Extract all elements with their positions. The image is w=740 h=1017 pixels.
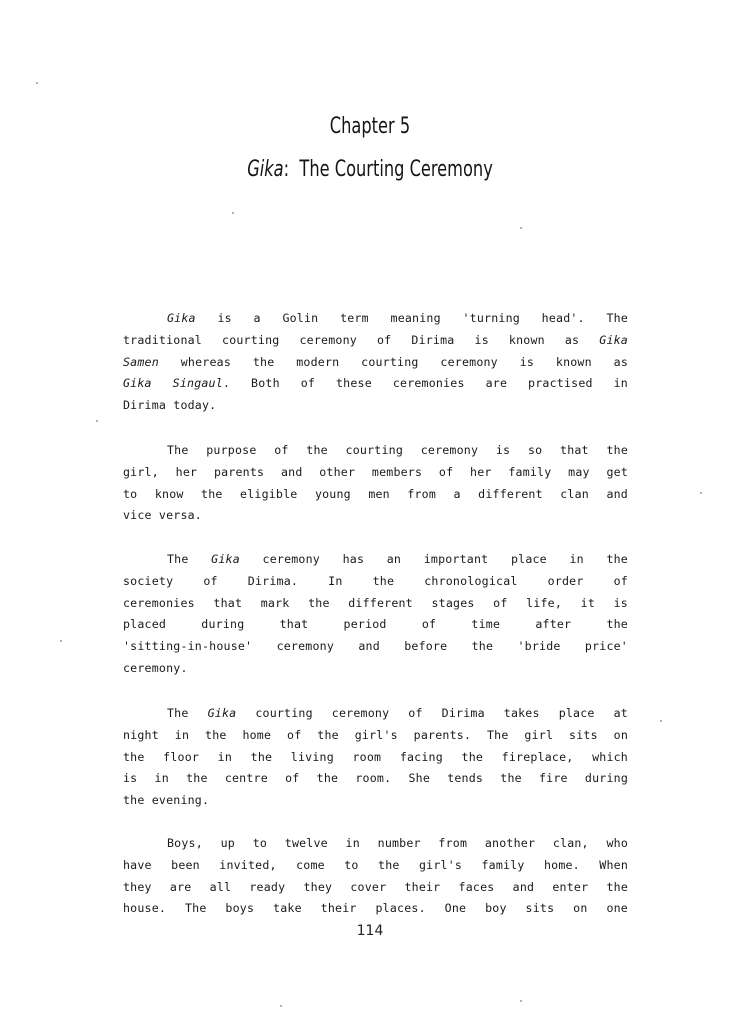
text-run: they are all ready they cover their face… [123,880,628,894]
text-run: ceremonies that mark the different stage… [123,596,628,610]
text-run: society of Dirima. In the chronological … [123,574,628,588]
text-run: traditional courting ceremony of Dirima … [123,333,599,347]
text-run: The purpose of the courting ceremony is … [167,443,628,457]
scan-speck [280,1005,282,1007]
italic-term: Gika Singaul [123,376,223,390]
italic-term: Gika [599,333,628,347]
italic-term: Samen [123,355,159,369]
scan-speck [520,227,522,229]
chapter-title: Gika: The Courting Ceremony [67,157,674,182]
text-run: 'sitting-in-house' ceremony and before t… [123,639,628,653]
text-line: vice versa. [123,505,628,527]
text-line: The Gika courting ceremony of Dirima tak… [123,703,628,725]
italic-term: Gika [208,706,237,720]
text-line: Gika is a Golin term meaning 'turning he… [123,308,628,330]
scan-speck [700,492,702,494]
text-line: society of Dirima. In the chronological … [123,571,628,593]
chapter-heading: Chapter 5 [67,114,674,139]
text-run: the floor in the living room facing the … [123,750,628,764]
paragraph: The Gika ceremony has an important place… [123,549,628,680]
text-run: courting ceremony of Dirima takes place … [236,706,628,720]
text-line: Gika Singaul. Both of these ceremonies a… [123,373,628,395]
text-line: ceremonies that mark the different stage… [123,593,628,615]
text-line: house. The boys take their places. One b… [123,898,628,920]
text-run: girl, her parents and other members of h… [123,465,628,479]
text-run: Boys, up to twelve in number from anothe… [167,836,628,850]
scan-speck [36,82,38,84]
text-line: placed during that period of time after … [123,614,628,636]
text-run: The [167,552,211,566]
chapter-title-italic: Gika [247,157,283,182]
text-run: is in the centre of the room. She tends … [123,771,628,785]
italic-term: Gika [211,552,240,566]
text-run: Dirima today. [123,398,216,412]
paragraph: The Gika courting ceremony of Dirima tak… [123,703,628,812]
text-line: is in the centre of the room. She tends … [123,768,628,790]
text-run: placed during that period of time after … [123,617,628,631]
text-line: to know the eligible young men from a di… [123,484,628,506]
scan-speck [60,640,62,642]
text-line: ceremony. [123,658,628,680]
text-run: vice versa. [123,508,202,522]
text-run: house. The boys take their places. One b… [123,901,628,915]
scan-speck [232,212,234,214]
text-run: ceremony. [123,661,188,675]
text-run: have been invited, come to the girl's fa… [123,858,628,872]
paragraph: Boys, up to twelve in number from anothe… [123,833,628,920]
text-line: have been invited, come to the girl's fa… [123,855,628,877]
paragraph: The purpose of the courting ceremony is … [123,440,628,527]
text-line: The Gika ceremony has an important place… [123,549,628,571]
text-run: is a Golin term meaning 'turning head'. … [196,311,628,325]
text-line: Dirima today. [123,395,628,417]
text-run: whereas the modern courting ceremony is … [159,355,628,369]
text-run: night in the home of the girl's parents.… [123,728,628,742]
paragraph: Gika is a Golin term meaning 'turning he… [123,308,628,417]
text-line: the evening. [123,790,628,812]
scan-speck [96,420,98,422]
scan-speck [660,720,662,722]
text-line: night in the home of the girl's parents.… [123,725,628,747]
document-page: Chapter 5 Gika: The Courting Ceremony Gi… [0,0,740,1017]
text-line: 'sitting-in-house' ceremony and before t… [123,636,628,658]
italic-term: Gika [167,311,196,325]
text-line: The purpose of the courting ceremony is … [123,440,628,462]
text-line: Samen whereas the modern courting ceremo… [123,352,628,374]
text-line: girl, her parents and other members of h… [123,462,628,484]
text-run: The [167,706,208,720]
text-line: they are all ready they cover their face… [123,877,628,899]
text-run: the evening. [123,793,209,807]
page-number: 114 [0,923,740,939]
text-line: traditional courting ceremony of Dirima … [123,330,628,352]
scan-speck [520,1000,522,1002]
text-run: to know the eligible young men from a di… [123,487,628,501]
text-line: the floor in the living room facing the … [123,747,628,769]
chapter-title-rest: : The Courting Ceremony [284,157,493,182]
text-run: . Both of these ceremonies are practised… [223,376,628,390]
text-line: Boys, up to twelve in number from anothe… [123,833,628,855]
text-run: ceremony has an important place in the [240,552,628,566]
